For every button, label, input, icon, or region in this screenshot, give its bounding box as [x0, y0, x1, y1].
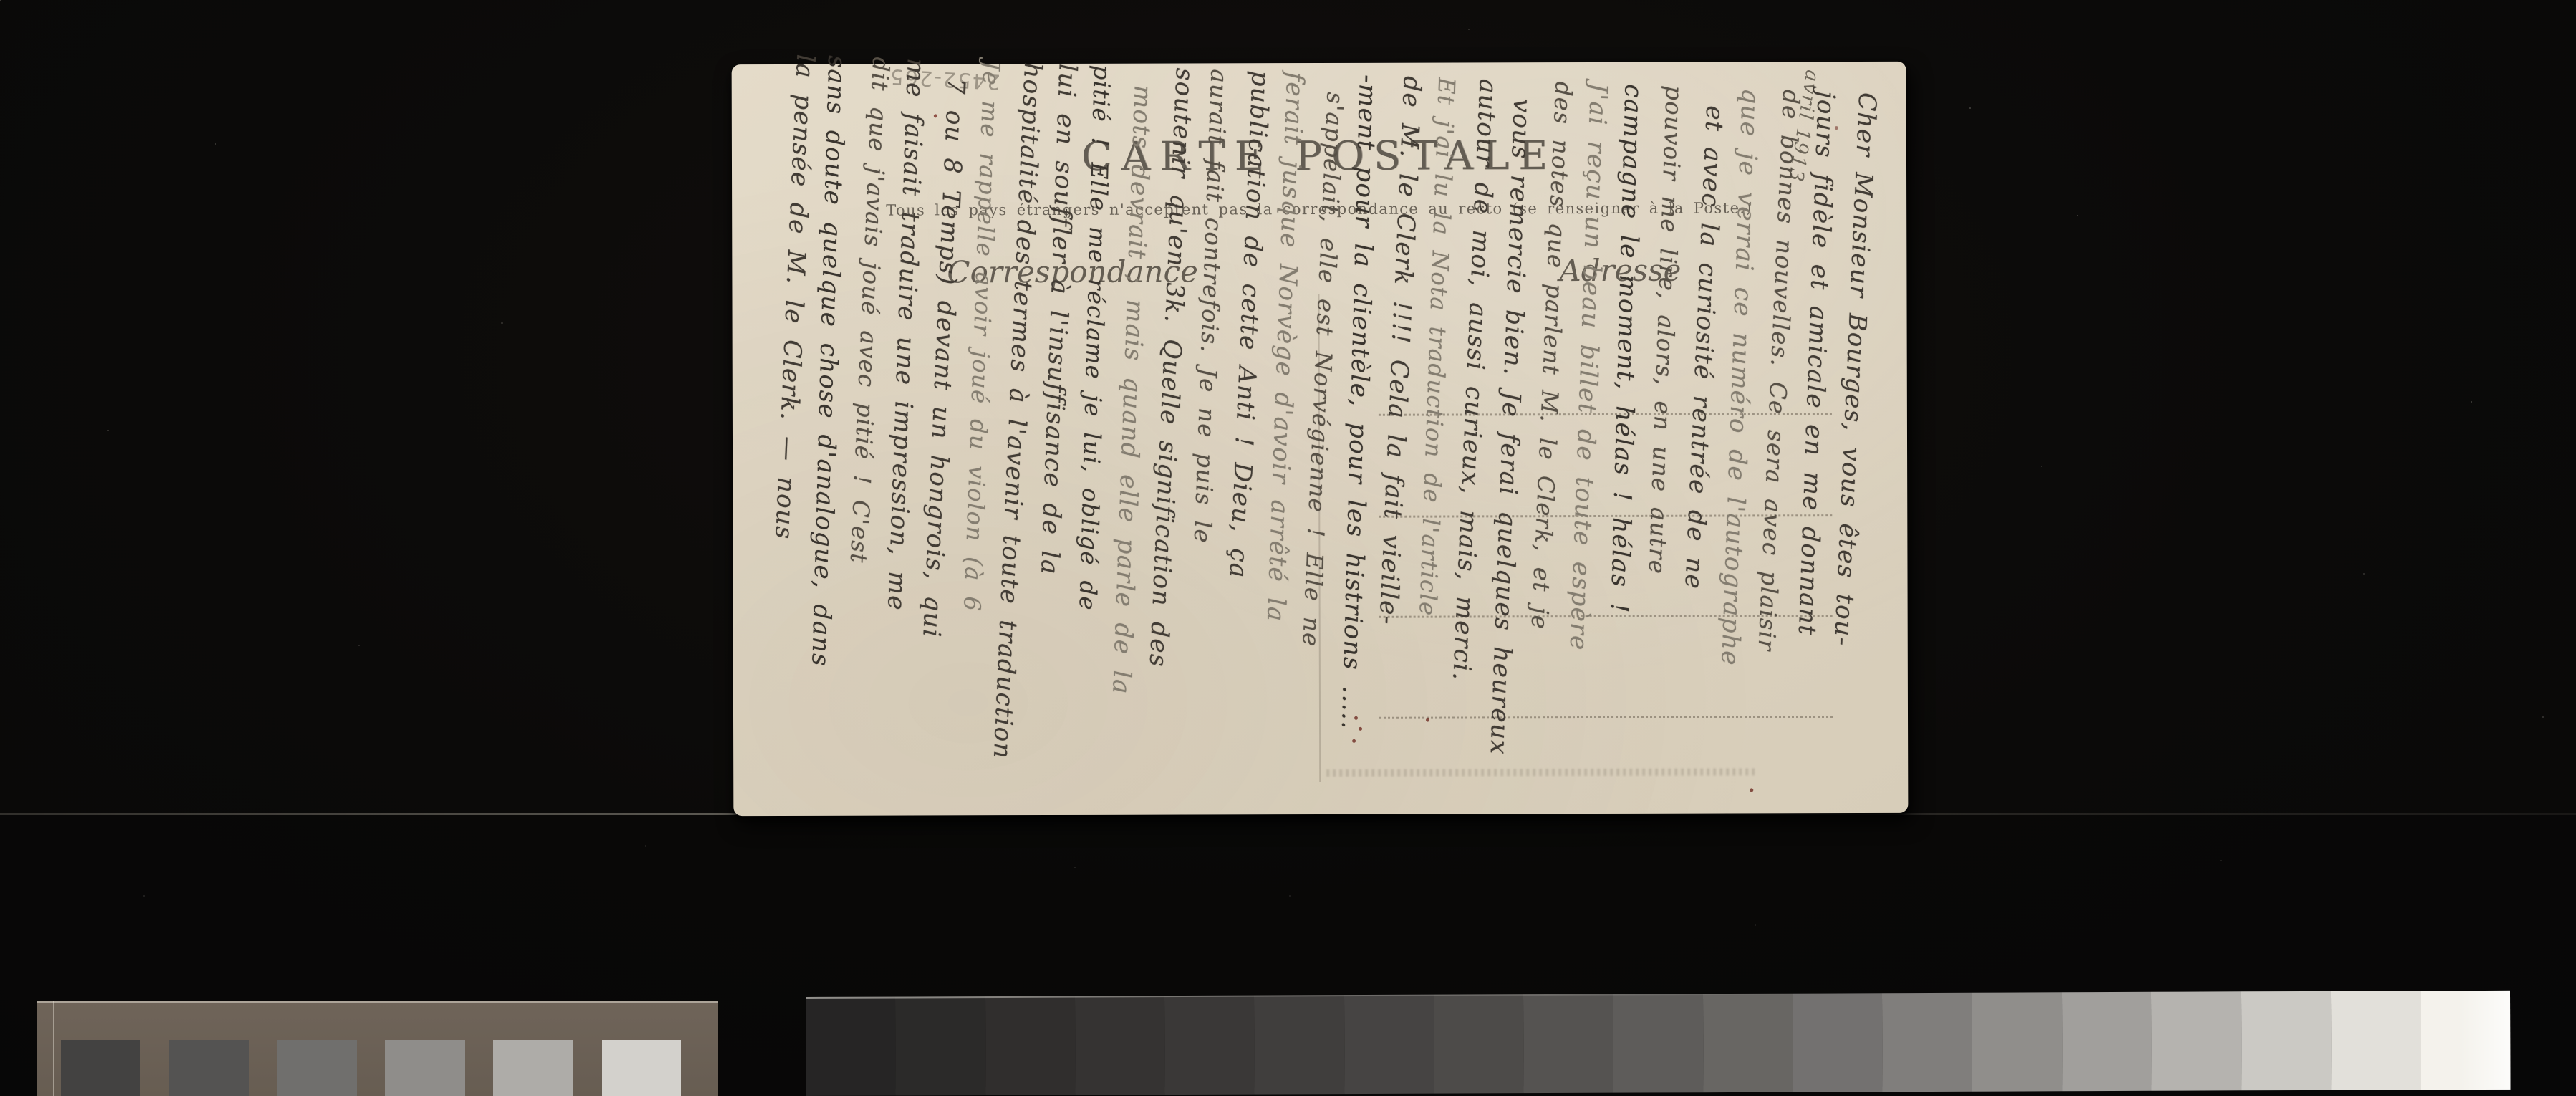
postcard: CARTE POSTALE Tous les pays étrangers n'…	[732, 62, 1909, 816]
wedge-step	[2331, 991, 2421, 1090]
gray-patch	[277, 1040, 357, 1096]
wedge-step	[806, 997, 896, 1096]
gray-patch	[493, 1040, 573, 1096]
wedge-step	[1613, 994, 1703, 1092]
wedge-step	[2241, 991, 2331, 1090]
gray-calibration-card	[37, 1001, 718, 1096]
gray-patch-row	[61, 1040, 705, 1096]
dust-specks	[0, 0, 1, 1]
wedge-step	[2062, 992, 2152, 1091]
grayscale-step-wedge	[806, 991, 2511, 1096]
wedge-step	[1344, 995, 1434, 1094]
wedge-step	[1434, 994, 1524, 1093]
wedge-step	[1523, 994, 1613, 1093]
wedge-step	[1164, 996, 1255, 1095]
wedge-step	[1793, 993, 1883, 1092]
gray-patch	[385, 1040, 465, 1096]
wedge-step	[985, 996, 1076, 1095]
faint-printer-imprint	[1326, 768, 1756, 777]
gray-patch	[602, 1040, 681, 1096]
gray-patch	[61, 1040, 140, 1096]
wedge-step	[1972, 992, 2062, 1091]
wedge-specular-edge	[2460, 991, 2511, 1090]
handwritten-message: Cher Monsieur Bourges, vous êtes tou-jou…	[756, 54, 1883, 827]
wedge-step	[1075, 996, 1165, 1095]
wedge-step	[1703, 994, 1793, 1092]
wedge-step	[2151, 991, 2242, 1090]
ink-spots	[934, 114, 937, 117]
wedge-step	[1882, 993, 1972, 1092]
archival-photo-scene: CARTE POSTALE Tous les pays étrangers n'…	[0, 0, 2576, 1096]
wedge-step	[1254, 995, 1344, 1094]
gray-patch	[169, 1040, 249, 1096]
wedge-step	[895, 996, 985, 1095]
